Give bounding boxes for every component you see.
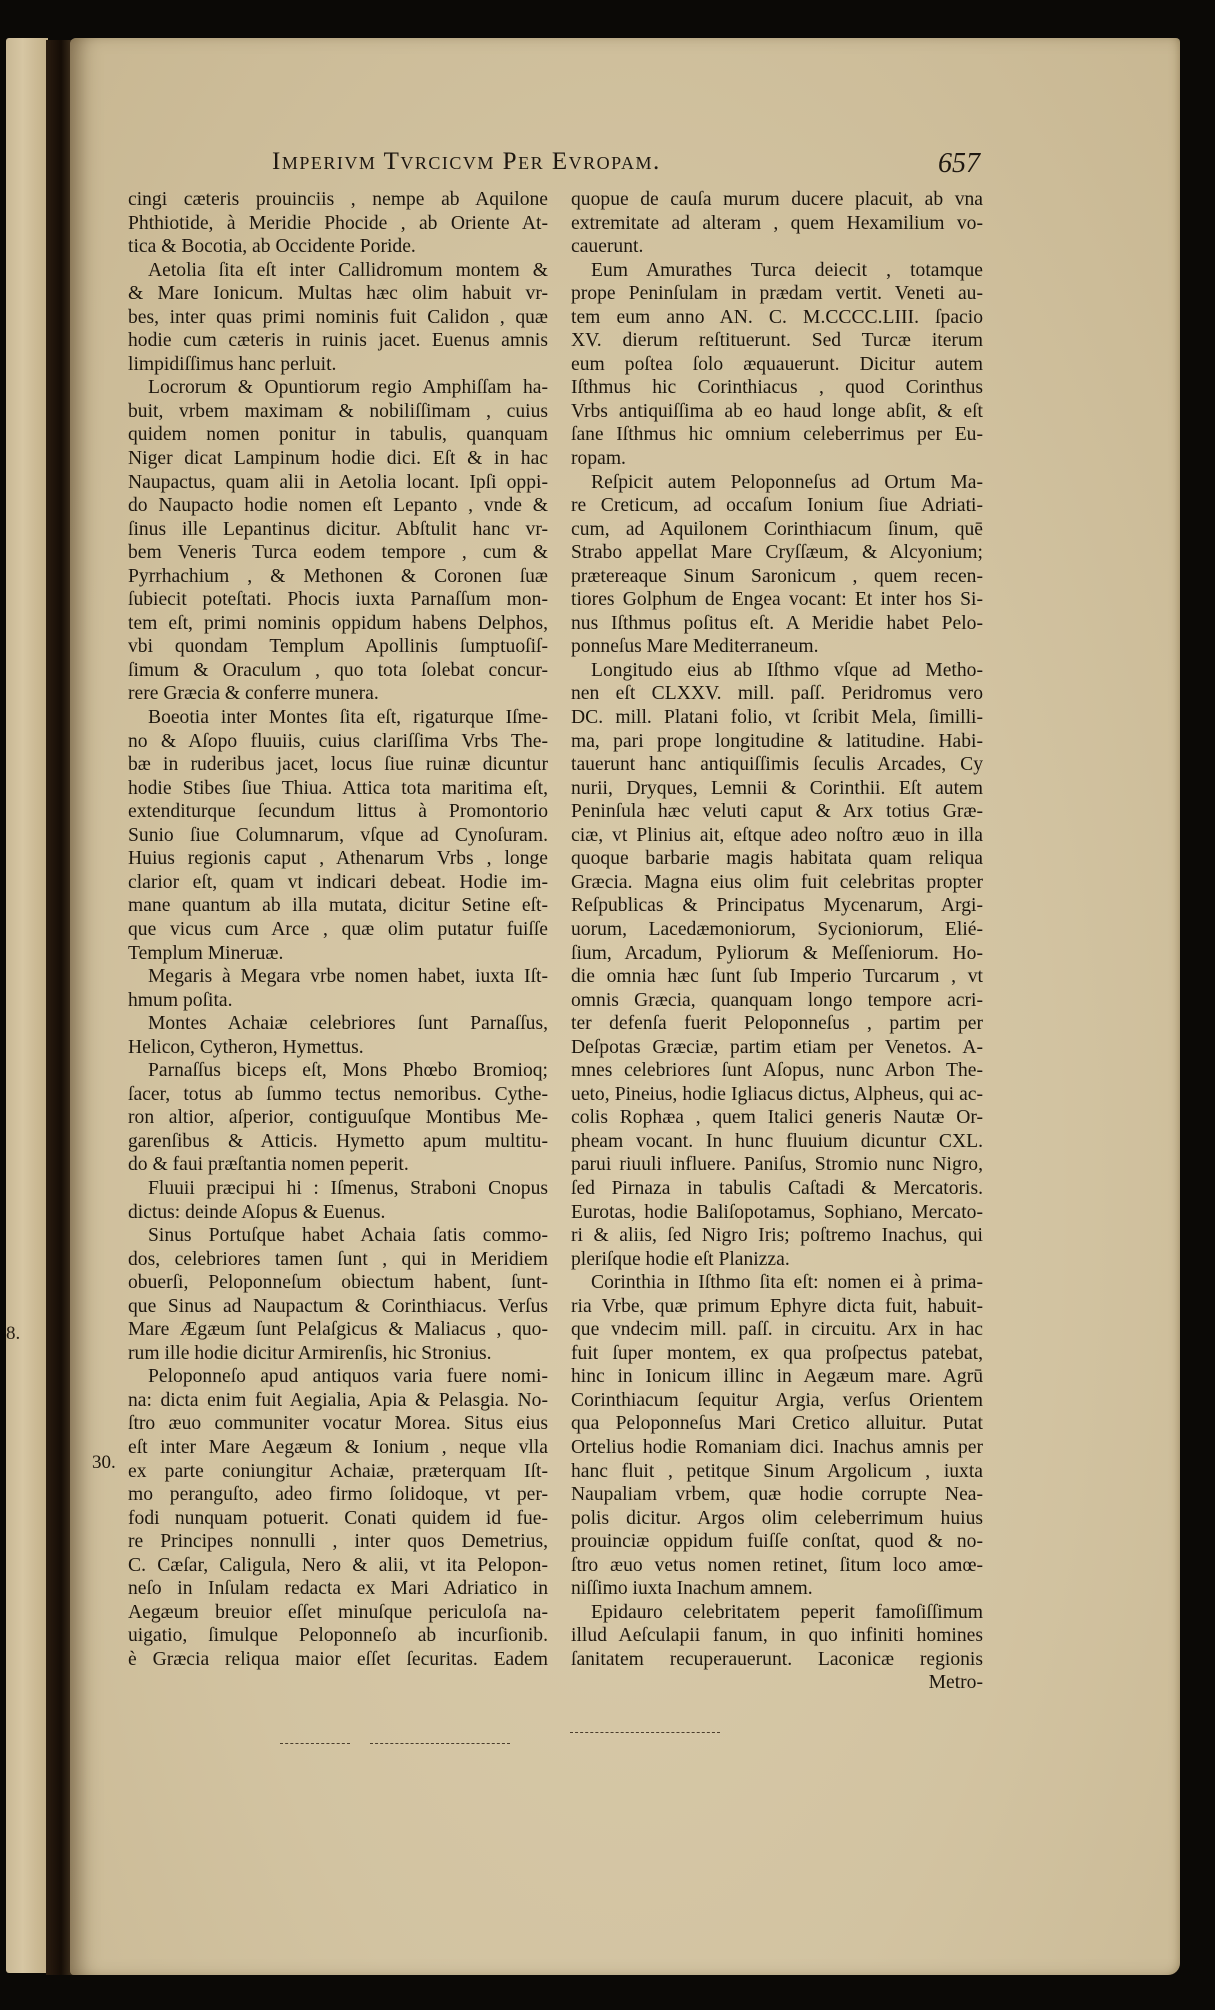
adjacent-page-margin-note: 8. [6,1323,20,1345]
text-line: mnes celebriores ſunt Aſopus, nunc Arbon… [571,1059,983,1083]
text-line: XV. dierum reſtituerunt. Sed Turcæ iteru… [571,329,983,353]
text-line: rere Græcia & conferre munera. [128,682,548,706]
page-number: 657 [938,148,980,180]
text-line: re Creticum, ad occaſum Ionium ſiue Adri… [571,494,983,518]
text-line: Græcia. Magna eius olim fuit celebritas … [571,871,983,895]
text-line: DC. mill. Platani folio, vt ſcribit Mela… [571,706,983,730]
text-line: Epidauro celebritatem peperit famoſiſſim… [571,1601,983,1625]
text-line: Montes Achaiæ celebriores ſunt Parnaſſus… [128,1012,548,1036]
text-line: Vrbs antiquiſſima ab eo haud longe abſit… [571,400,983,424]
text-line: pleriſque hodie eſt Planizza. [571,1248,983,1272]
text-line: niſſimo iuxta Inachum amnem. [571,1577,983,1601]
text-line: illud Aeſculapii fanum, in quo infiniti … [571,1624,983,1648]
text-line: ſium, Arcadum, Pyliorum & Meſſeniorum. H… [571,942,983,966]
text-line: no & Aſopo fluuiis, cuius clariſſima Vrb… [128,730,548,754]
text-line: ponneſus Mare Mediterraneum. [571,635,983,659]
underline-mark-right [570,1732,720,1733]
text-line: ciæ, vt Plinius ait, eſtque adeo noſtro … [571,824,983,848]
text-line: mane quantum ab illa mutata, dicitur Set… [128,894,548,918]
text-line: prætereaque Sinum Saronicum , quem recen… [571,565,983,589]
left-text-column: cingi cæteris prouinciis , nempe ab Aqui… [128,188,548,1671]
text-line: Phthiotide, à Meridie Phocide , ab Orien… [128,212,548,236]
text-line: ma, pari prope longitudine & latitudine.… [571,730,983,754]
text-line: ex parte coniungitur Achaiæ, præterquam … [128,1460,548,1484]
line-number-marker: 30. [92,1452,116,1474]
text-line: do Naupacto hodie nomen eſt Lepanto , vn… [128,494,548,518]
text-line: obuerſi, Peloponneſum obiectum habent, ſ… [128,1271,548,1295]
text-line: Peninſula hæc veluti caput & Arx totius … [571,800,983,824]
text-line: Templum Mineruæ. [128,942,548,966]
text-line: dictus: deinde Aſopus & Euenus. [128,1201,548,1225]
text-line: parui riuuli influere. Paniſus, Stromio … [571,1153,983,1177]
text-line: ri & aliis, ſed Nigro Iris; poſtremo Ina… [571,1224,983,1248]
text-line: hodie cum cæteris in ruinis jacet. Euenu… [128,329,548,353]
text-line: quoque barbarie magis habitata quam reli… [571,847,983,871]
text-line: vbi quondam Templum Apollinis ſumptuoſiſ… [128,635,548,659]
text-line: ſanitatem recuperauerunt. Laconicæ regio… [571,1648,983,1672]
text-line: bes, inter quas primi nominis fuit Calid… [128,306,548,330]
text-line: quidem nomen ponitur in tabulis, quanqua… [128,423,548,447]
text-line: dos, celebriores tamen ſunt , qui in Mer… [128,1248,548,1272]
text-line: Pyrrhachium , & Methonen & Coronen ſuæ [128,565,548,589]
text-line: garenſibus & Atticis. Hymetto apum multi… [128,1130,548,1154]
text-line: Reſpicit autem Peloponneſus ad Ortum Ma- [571,471,983,495]
text-line: ria Vrbe, quæ primum Ephyre dicta fuit, … [571,1295,983,1319]
text-line: Longitudo eius ab Iſthmo vſque ad Metho- [571,659,983,683]
text-line: die omnia hæc ſunt ſub Imperio Turcarum … [571,965,983,989]
text-line: eſt inter Mare Aegæum & Ionium , neque v… [128,1436,548,1460]
text-line: rum ille hodie dicitur Armirenſis, hic S… [128,1342,548,1366]
text-line: que vicus cum Arce , quæ olim putatur fu… [128,918,548,942]
text-line: extremitate ad alteram , quem Hexamilium… [571,212,983,236]
text-line: nus Iſthmus poſitus eſt. A Meridie habet… [571,612,983,636]
text-line: buit, vrbem maximam & nobiliſſimam , cui… [128,400,548,424]
text-line: Aegæum breuior eſſet minuſque periculoſa… [128,1601,548,1625]
text-line: quopue de cauſa murum ducere placuit, ab… [571,188,983,212]
text-line: hanc fluit , petitque Sinum Argolicum , … [571,1460,983,1484]
text-line: & Mare Ionicum. Multas hæc olim habuit v… [128,282,548,306]
text-line: Sinus Portuſque habet Achaia ſatis commo… [128,1224,548,1248]
text-line: ſane Iſthmus hic omnium celeberrimus per… [571,423,983,447]
running-head: Imperivm Tvrcicvm Per Evropam. [272,148,661,176]
text-line: prope Peninſulam in prædam vertit. Venet… [571,282,983,306]
text-line: qua Peloponneſus Mari Cretico alluitur. … [571,1412,983,1436]
text-line: que Sinus ad Naupactum & Corinthiacus. V… [128,1295,548,1319]
text-line: Fluuii præcipui hi : Iſmenus, Straboni C… [128,1177,548,1201]
text-line: ſtro æuo communiter vocatur Morea. Situs… [128,1412,548,1436]
text-line: Strabo appellat Mare Cryſſæum, & Alcyoni… [571,541,983,565]
text-line: uorum, Lacedæmoniorum, Sycioniorum, Elié… [571,918,983,942]
text-line: do & faui præſtantia nomen peperit. [128,1153,548,1177]
text-line: tiores Golphum de Engea vocant: Et inter… [571,588,983,612]
text-line: neſo in Inſulam redacta ex Mari Adriatic… [128,1577,548,1601]
text-line: Naupaliam vrbem, quæ hodie corrupte Nea- [571,1483,983,1507]
text-line: ſtro æuo vetus nomen retinet, ſitum loco… [571,1554,983,1578]
text-line: Ortelius hodie Romaniam dici. Inachus am… [571,1436,983,1460]
text-line: Reſpublicas & Principatus Mycenarum, Arg… [571,894,983,918]
text-line: prouinciæ oppidum fuiſſe conſtat, quod &… [571,1530,983,1554]
text-line: ter defenſa fuerit Peloponneſus , partim… [571,1012,983,1036]
text-line: Huius regionis caput , Athenarum Vrbs , … [128,847,548,871]
text-line: fodi nunquam potuerit. Conati quidem id … [128,1507,548,1531]
text-line: cauerunt. [571,235,983,259]
text-line: ueto, Pineius, hodie Igliacus dictus, Al… [571,1083,983,1107]
text-line: polis dicitur. Argos olim celeberrimum h… [571,1507,983,1531]
text-line: Aetolia ſita eſt inter Callidromum monte… [128,259,548,283]
text-line: Naupactus, quam alii in Aetolia locant. … [128,471,548,495]
adjacent-page-edge: 8. [6,38,48,1973]
text-line: nurii, Dryques, Lemnii & Corinthii. Eſt … [571,777,983,801]
text-line: Locrorum & Opuntiorum regio Amphiſſam ha… [128,376,548,400]
text-line: Iſthmus hic Corinthiacus , quod Corinthu… [571,376,983,400]
text-line: ſacer, totus ab ſummo tectus nemoribus. … [128,1083,548,1107]
text-line: limpidiſſimus hanc perluit. [128,353,548,377]
underline-mark-left-2 [370,1743,510,1744]
text-line: Deſpotas Græciæ, partim etiam per Veneto… [571,1036,983,1060]
text-line: Corinthia in Iſthmo ſita eſt: nomen ei à… [571,1271,983,1295]
text-line: tica & Bocotia, ab Occidente Poride. [128,235,548,259]
text-line: cingi cæteris prouinciis , nempe ab Aqui… [128,188,548,212]
text-line: colis Rophæa , quem Italici generis Naut… [571,1106,983,1130]
text-line: Mare Ægæum ſunt Pelaſgicus & Maliacus , … [128,1318,548,1342]
text-line: ſed Pirnaza in tabulis Caſtadi & Mercato… [571,1177,983,1201]
text-line: uigatio, ſimulque Peloponneſo ab incurſi… [128,1624,548,1648]
right-text-column: quopue de cauſa murum ducere placuit, ab… [571,188,983,1695]
text-line: ſimum & Oraculum , quo tota ſolebat conc… [128,659,548,683]
text-line: Metro- [571,1671,983,1695]
text-line: C. Cæſar, Caligula, Nero & alii, vt ita … [128,1554,548,1578]
text-line: nen eſt CLXXV. mill. paſſ. Peridromus ve… [571,682,983,706]
text-line: omnis Græcia, quanquam longo tempore acr… [571,989,983,1013]
text-line: Peloponneſo apud antiquos varia fuere no… [128,1365,548,1389]
text-line: Boeotia inter Montes ſita eſt, rigaturqu… [128,706,548,730]
text-line: Niger dicat Lampinum hodie dici. Eſt & i… [128,447,548,471]
text-line: tem eſt, primi nominis oppidum habens De… [128,612,548,636]
text-line: Eum Amurathes Turca deiecit , totamque [571,259,983,283]
text-line: tauerunt hanc antiquiſſimis ſeculis Arca… [571,753,983,777]
text-line: ſinus ille Lepantinus dicitur. Abſtulit … [128,518,548,542]
text-line: Corinthiacum ſequitur Argia, verſus Orie… [571,1389,983,1413]
text-line: re Principes nonnulli , inter quos Demet… [128,1530,548,1554]
text-line: ropam. [571,447,983,471]
text-line: que vndecim mill. paſſ. in circuitu. Arx… [571,1318,983,1342]
text-line: cum, ad Aquilonem Corinthiacum ſinum, qu… [571,518,983,542]
text-line: è Græcia reliqua maior eſſet ſecuritas. … [128,1648,548,1672]
text-line: ſubiecit poteſtati. Phocis iuxta Parnaſſ… [128,588,548,612]
text-line: Eurotas, hodie Baliſopotamus, Sophiano, … [571,1201,983,1225]
text-line: extenditurque ſecundum littus à Promonto… [128,800,548,824]
text-line: Megaris à Megara vrbe nomen habet, iuxta… [128,965,548,989]
text-line: hodie Stibes ſiue Thiua. Attica tota mar… [128,777,548,801]
text-line: clarior eſt, quam vt indicari debeat. Ho… [128,871,548,895]
text-line: tem eum anno AN. C. M.CCCC.LIII. ſpacio [571,306,983,330]
text-line: eum poſtea ſolo æquauerunt. Dicitur aute… [571,353,983,377]
text-line: Parnaſſus biceps eſt, Mons Phœbo Bromioq… [128,1059,548,1083]
text-line: bem Veneris Turca eodem tempore , cum & [128,541,548,565]
text-line: na: dicta enim fuit Aegialia, Apia & Pel… [128,1389,548,1413]
text-line: ron altior, aſperior, contiguuſque Monti… [128,1106,548,1130]
underline-mark-left [280,1743,350,1744]
text-line: mo peranguſto, adeo firmo ſolidoque, vt … [128,1483,548,1507]
text-line: fuit ſuper montem, ex qua proſpectus pat… [571,1342,983,1366]
text-line: hinc in Ionicum illinc in Aegæum mare. A… [571,1365,983,1389]
text-line: bæ in ruderibus jacet, locus ſiue ruinæ … [128,753,548,777]
text-line: Sunio ſiue Columnarum, vſque ad Cynoſura… [128,824,548,848]
text-line: Helicon, Cytheron, Hymettus. [128,1036,548,1060]
text-line: hmum poſita. [128,989,548,1013]
text-line: pheam vocant. In hunc fluuium dicuntur C… [571,1130,983,1154]
